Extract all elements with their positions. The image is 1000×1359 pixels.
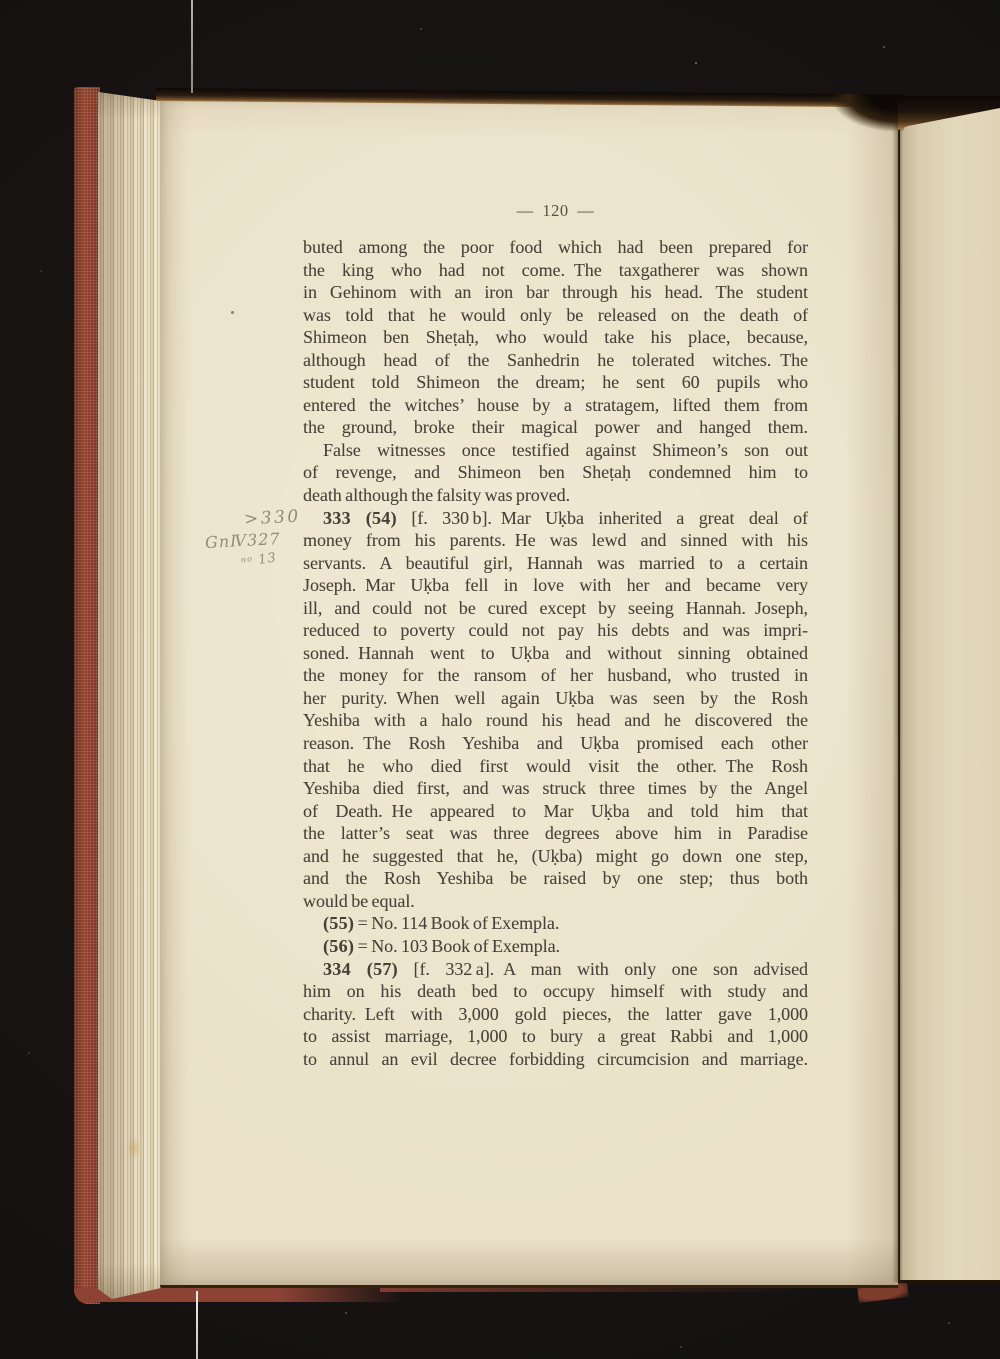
page-number-header: — 120 — — [303, 201, 808, 221]
page-edges-stack — [98, 89, 161, 1299]
pencil-margin-note: >330 — [244, 507, 302, 530]
text-line: Yeshiba died first, and was struck three… — [303, 777, 808, 800]
gutter-top-shadow — [826, 94, 904, 134]
text-line: would be equal. — [303, 890, 808, 913]
text-line: reduced to poverty could not pay his deb… — [303, 619, 808, 642]
text-line: him on his death bed to occupy himself w… — [303, 980, 808, 1003]
gutter-crease — [892, 104, 903, 1282]
dust-specks — [0, 0, 2, 2]
text-line: that he who died first would visit the o… — [303, 755, 808, 778]
ink-speck — [231, 311, 234, 314]
book-page: — 120 — >330 GnⅣ327 ⁿᵒ 13 buted among th… — [160, 100, 898, 1288]
text-line: (55) = No. 114 Book of Exempla. — [303, 912, 808, 935]
text-line: Shimeon ben Sheṭaḥ, who would take his p… — [303, 326, 808, 349]
text-line: Joseph. Mar Uḳba fell in love with her a… — [303, 574, 808, 597]
text-line: buted among the poor food which had been… — [303, 236, 808, 259]
text-line: the money for the ransom of her husband,… — [303, 664, 808, 687]
next-page-edge — [900, 106, 1000, 1283]
text-line: death although the falsity was proved. — [303, 484, 808, 507]
text-line: the ground, broke their magical power an… — [303, 416, 808, 439]
text-line: her purity. When well again Uḳba was see… — [303, 687, 808, 710]
text-line: and the Rosh Yeshiba be raised by one st… — [303, 867, 808, 890]
scanned-book-photo: — 120 — >330 GnⅣ327 ⁿᵒ 13 buted among th… — [0, 0, 1000, 1359]
text-line: reason. The Rosh Yeshiba and Uḳba promis… — [303, 732, 808, 755]
text-line: 333 (54) [f. 330 b]. Mar Uḳba inherited … — [303, 507, 808, 530]
book-cover-bottom-edge-line — [380, 1288, 810, 1292]
book-cover-left-edge — [74, 87, 100, 1304]
text-line: of Death. He appeared to Mar Uḳba and to… — [303, 800, 808, 823]
text-line: and he suggested that he, (Uḳba) might g… — [303, 845, 808, 868]
text-line: servants. A beautiful girl, Hannah was m… — [303, 552, 808, 575]
text-line: although head of the Sanhedrin he tolera… — [303, 349, 808, 372]
text-line: 334 (57) [f. 332 a]. A man with only one… — [303, 958, 808, 981]
text-line: entered the witches’ house by a stratage… — [303, 394, 808, 417]
text-line: soned. Hannah went to Uḳba and without s… — [303, 642, 808, 665]
text-line: student told Shimeon the dream; he sent … — [303, 371, 808, 394]
text-line: charity. Left with 3,000 gold pieces, th… — [303, 1003, 808, 1026]
text-line: to annul an evil decree forbidding circu… — [303, 1048, 808, 1071]
text-line: money from his parents. He was lewd and … — [303, 529, 808, 552]
foxing-stain — [126, 1136, 141, 1160]
pencil-margin-note: ⁿᵒ 13 — [240, 550, 278, 570]
text-line: in Gehinom with an iron bar through his … — [303, 281, 808, 304]
body-text: buted among the poor food which had been… — [303, 236, 808, 1070]
holder-string-top — [191, 0, 193, 93]
text-line: was told that he would only be released … — [303, 304, 808, 327]
pencil-margin-note: GnⅣ327 — [205, 529, 282, 552]
text-line: the latter’s seat was three degrees abov… — [303, 822, 808, 845]
text-line: to assist marriage, 1,000 to bury a grea… — [303, 1025, 808, 1048]
text-line: ill, and could not be cured except by se… — [303, 597, 808, 620]
holder-string-bottom — [196, 1291, 198, 1359]
text-line: False witnesses once testified against S… — [303, 439, 808, 462]
text-line: Yeshiba with a halo round his head and h… — [303, 709, 808, 732]
text-line: (56) = No. 103 Book of Exempla. — [303, 935, 808, 958]
text-line: of revenge, and Shimeon ben Sheṭaḥ conde… — [303, 461, 808, 484]
text-line: the king who had not come. The taxgather… — [303, 259, 808, 282]
